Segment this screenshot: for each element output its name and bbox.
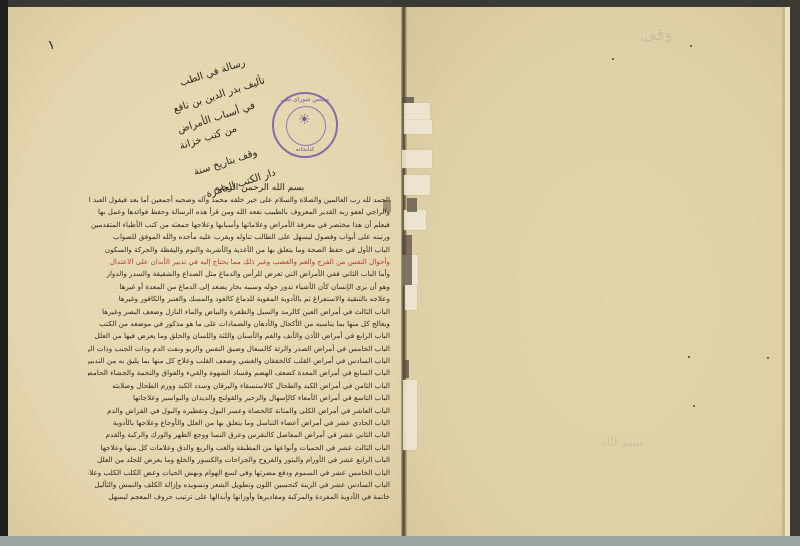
basmala: بسم الله الرحمن الرحيم [128, 182, 390, 194]
binding-stain [402, 235, 412, 285]
lion-and-sun-icon: ☀ [298, 112, 311, 128]
text-line: ورتبته على أبواب وفصول ليسهل على الطالب … [88, 231, 390, 243]
show-through-text: بسم الله [600, 435, 643, 449]
right-page [405, 7, 790, 536]
text-line: الباب الأول في حفظ الصحة وما يتعلق بها م… [88, 244, 390, 256]
repair-tape [404, 120, 432, 134]
text-line-rubric: وأحوال النفس من الفرح والغم والغضب وغير … [88, 256, 390, 268]
repair-tape [403, 380, 417, 450]
text-line: الباب الثاني عشر في أمراض المفاصل كالنقر… [88, 429, 390, 441]
scanner-border-top [0, 0, 800, 7]
text-line: الحمد لله رب العالمين والصلاة والسلام عل… [88, 194, 390, 206]
manuscript-text-block: بسم الله الرحمن الرحيم الحمد لله رب العا… [88, 182, 390, 512]
text-line: الباب الخامس في أمراض الصدر والرئة كالسع… [88, 343, 390, 355]
binding-stain [407, 198, 417, 212]
paper-speck [767, 357, 769, 359]
paper-speck [693, 405, 695, 407]
stamp-top-text: مجلس شورای ملی [274, 96, 336, 103]
title-notes: رسالة في الطب تأليف بدر الدين بن نافع في… [135, 55, 265, 180]
stamp-bottom-text: کتابخانه [274, 146, 336, 153]
scanner-border-right [790, 0, 800, 546]
paper-speck [690, 45, 692, 47]
repair-tape [405, 285, 417, 310]
binding-stain [402, 97, 414, 103]
text-line: والراجي لعفو ربه القدير المعروف بالطبيب … [88, 206, 390, 218]
scanner-border-bottom [0, 536, 800, 546]
text-line: الباب الرابع في أمراض الأذن والأنف والفم… [88, 330, 390, 342]
text-line: الباب السابع في أمراض المعدة كضعف الهضم … [88, 367, 390, 379]
text-line: وأما الباب الثاني ففي الأمراض التي تعرض … [88, 268, 390, 280]
repair-tape [404, 175, 430, 195]
repair-tape [404, 103, 430, 121]
repair-tape [402, 150, 432, 168]
text-line: الباب الرابع عشر في الأورام والبثور والق… [88, 454, 390, 466]
title-note-line: وقف بتاريخ سنة [193, 147, 259, 178]
text-line: الباب الثالث عشر في الحميات وأنواعها من … [88, 442, 390, 454]
text-line: وهو أن يرى الإنسان كأن الأشياء تدور حوله… [88, 281, 390, 293]
paper-speck [612, 58, 614, 60]
text-line: الباب الحادي عشر في أمراض أعضاء التناسل … [88, 417, 390, 429]
text-line: الباب السادس في أمراض القلب كالخفقان وال… [88, 355, 390, 367]
text-line: الباب العاشر في أمراض الكلى والمثانة كال… [88, 405, 390, 417]
text-line: ويعالج كل منها بما يناسبه من الأكحال وال… [88, 318, 390, 330]
text-line: الباب الثامن في أمراض الكبد والطحال كالا… [88, 380, 390, 392]
text-line: الباب السادس عشر في الزينة كتحسين اللون … [88, 479, 390, 491]
paper-speck [688, 356, 690, 358]
binding-stain [403, 360, 409, 378]
text-line: خاتمة في الأدوية المفردة والمركبة ومقادي… [88, 491, 390, 503]
text-line: الباب التاسع في أمراض الأمعاء كالإسهال و… [88, 392, 390, 404]
page-edge-strip [785, 7, 790, 536]
library-stamp: مجلس شورای ملی ☀ کتابخانه [272, 92, 338, 158]
text-line: الباب الثالث في أمراض العين كالرمد والسب… [88, 306, 390, 318]
repair-tape [404, 210, 426, 230]
text-line: الباب الخامس عشر في السموم ودفع مضرتها و… [88, 467, 390, 479]
text-line: وعلاجه بالتنقية والاستفراغ ثم بالأدوية ا… [88, 293, 390, 305]
scanner-border-left [0, 0, 8, 546]
text-line: فيعلم أن هذا مختصر في معرفة الأمراض وعلا… [88, 219, 390, 231]
